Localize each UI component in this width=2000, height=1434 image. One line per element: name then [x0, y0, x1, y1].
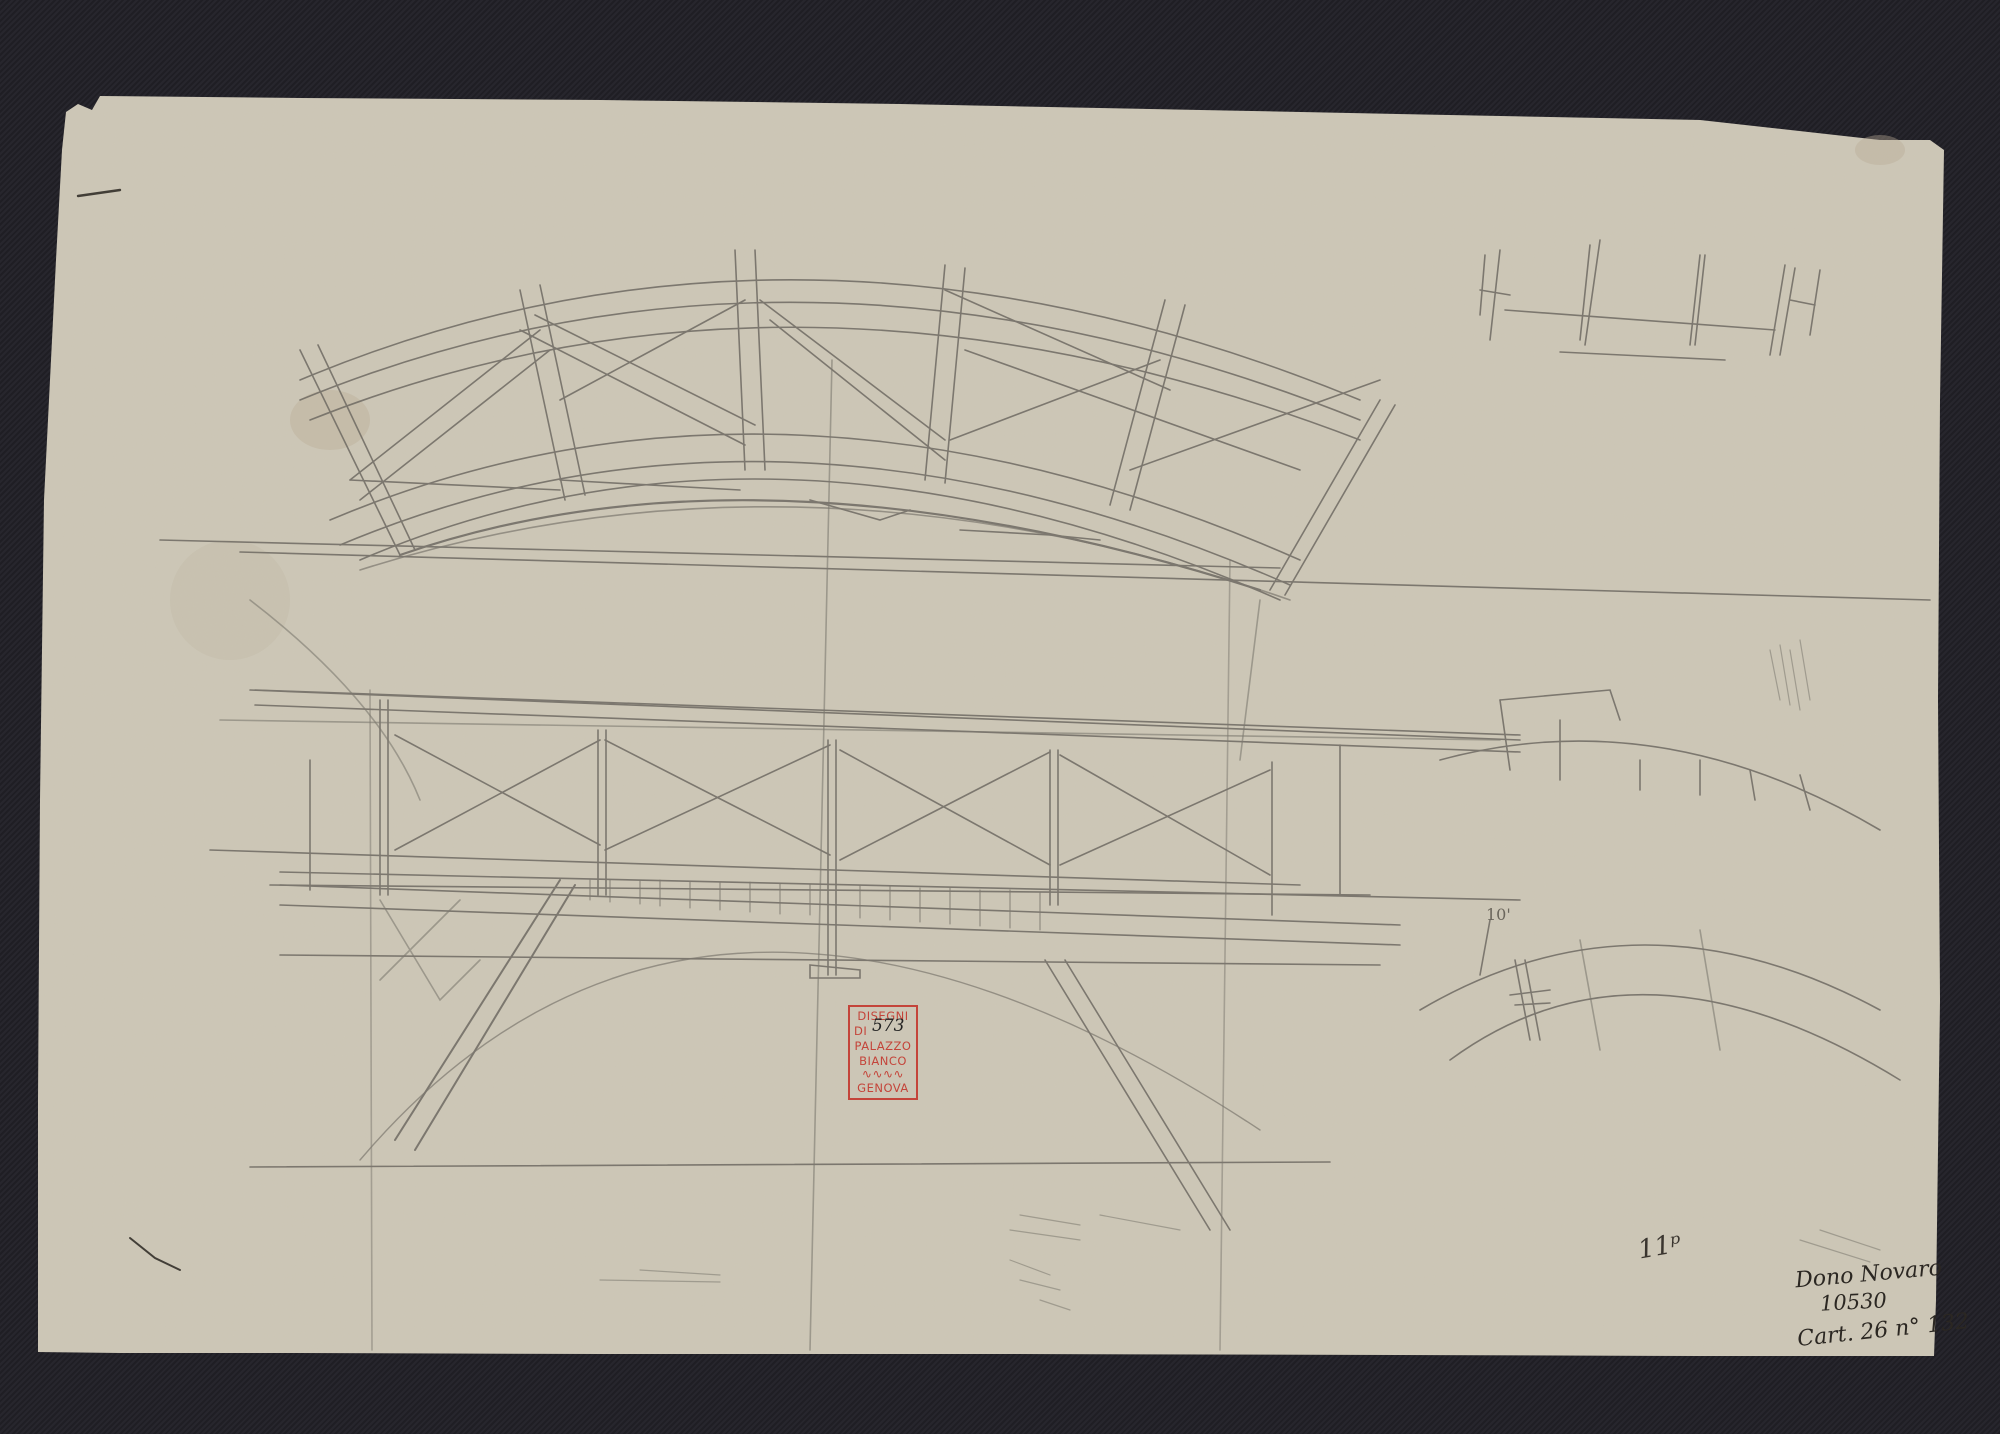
stamp-line-genova: GENOVA — [850, 1081, 916, 1096]
drawing-sheet — [0, 0, 2000, 1434]
measure-mark: 10' — [1486, 905, 1511, 924]
accession-number: 10530 — [1819, 1288, 1887, 1315]
stamp-line-palazzo: PALAZZO — [850, 1039, 916, 1054]
museum-stamp: DISEGNI DI PALAZZO BIANCO ∿∿∿∿ GENOVA 57… — [848, 1005, 918, 1100]
inventory-number: 573 — [872, 1019, 904, 1034]
stamp-wave: ∿∿∿∿ — [850, 1069, 916, 1081]
